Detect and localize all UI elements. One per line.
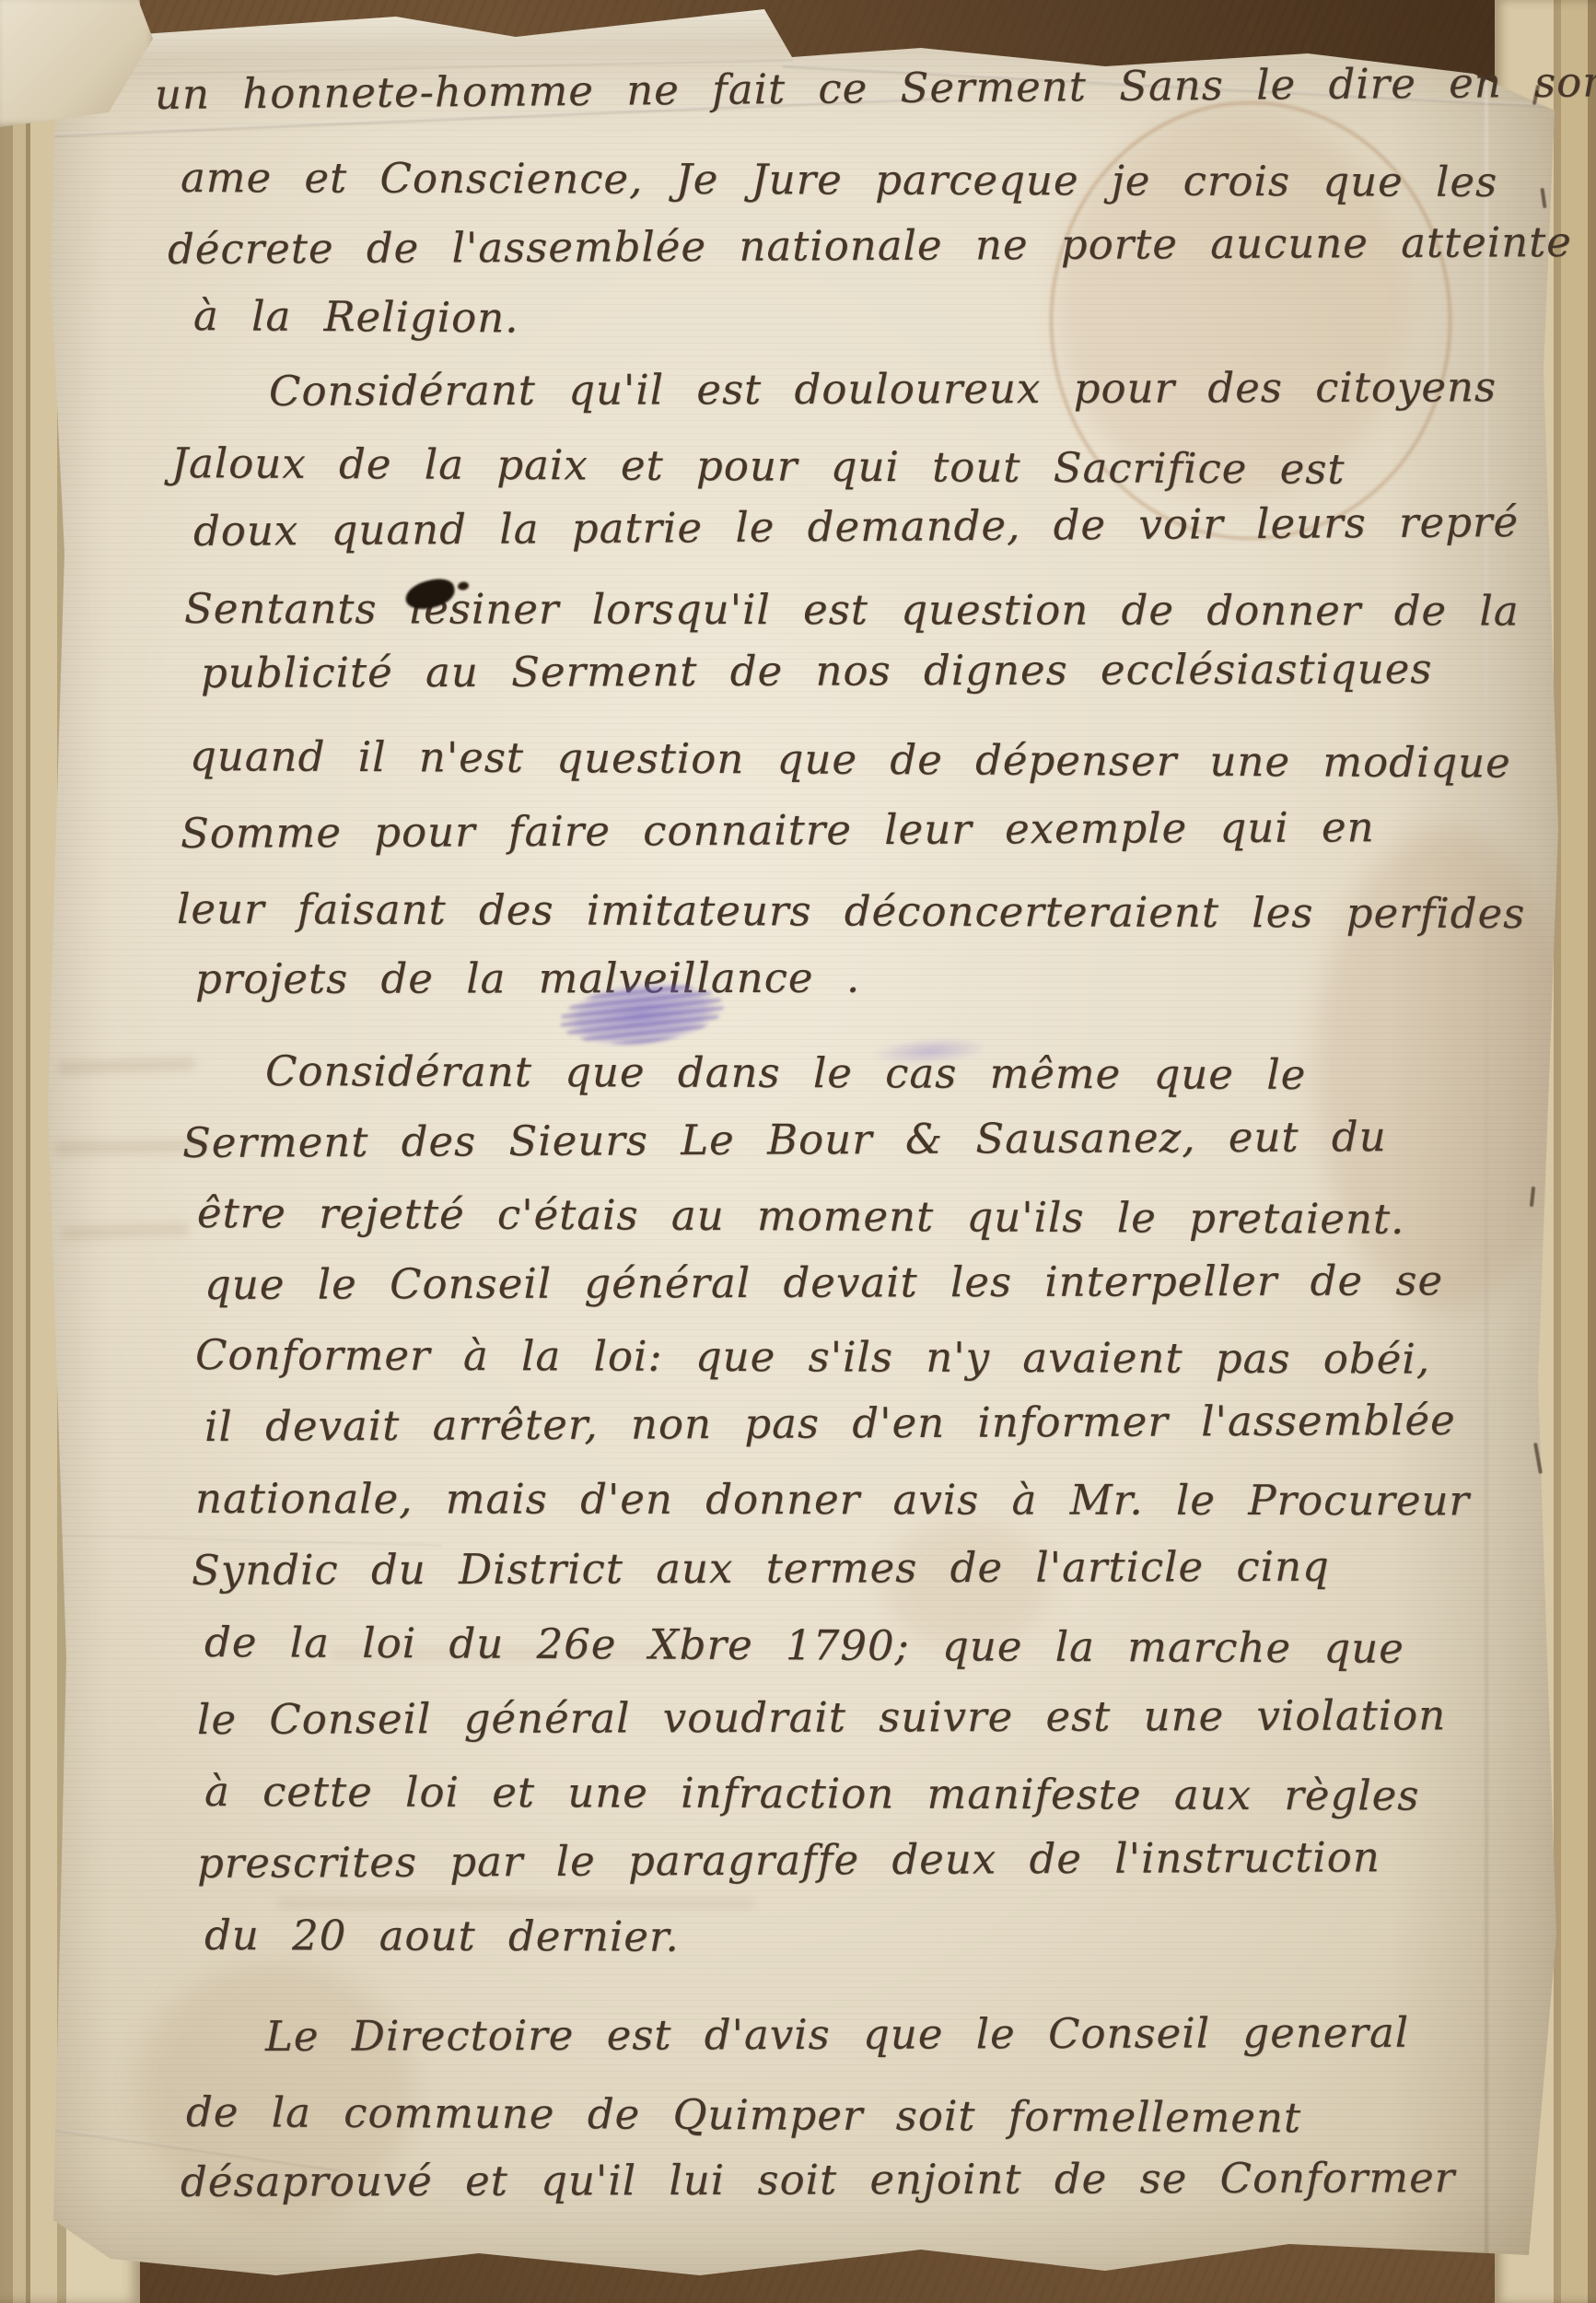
manuscript-line: à la Religion. (193, 293, 519, 341)
manuscript-line: de la loi du 26e Xbre 1790; que la march… (204, 1619, 1404, 1671)
manuscript-line: que le Conseil général devait les interp… (204, 1257, 1443, 1307)
manuscript-line: Sentants lésiner lorsqu'il est question … (184, 586, 1520, 634)
manuscript-line: Considérant que dans le cas même que le (265, 1048, 1306, 1097)
manuscript-line: Serment des Sieurs Le Bour & Sausanez, e… (182, 1114, 1387, 1165)
manuscript-line: à cette loi et une infraction manifeste … (204, 1769, 1420, 1818)
photo-of-manuscript: un honnete-homme ne fait ce Serment Sans… (0, 0, 1596, 2303)
manuscript-line: désaprouvé et qu'il lui soit enjoint de … (181, 2155, 1455, 2204)
manuscript-line: du 20 aout dernier. (204, 1912, 680, 1959)
manuscript-line: Conformer à la loi: que s'ils n'y avaien… (195, 1332, 1430, 1382)
manuscript-line: nationale, mais d'en donner avis à Mr. l… (195, 1476, 1470, 1524)
manuscript-line: quand il n'est question que de dépenser … (190, 733, 1511, 786)
manuscript-line: Le Directoire est d'avis que le Conseil … (265, 2010, 1409, 2060)
manuscript-line: Somme pour faire connaitre leur exemple … (181, 804, 1375, 856)
manuscript-line: Considérant qu'il est douloureux pour de… (269, 364, 1497, 414)
manuscript-line: publicité au Serment de nos dignes ecclé… (201, 646, 1433, 696)
manuscript-line: Syndic du District aux termes de l'artic… (192, 1544, 1330, 1594)
manuscript-line: ame et Conscience, Je Jure parceque je c… (181, 155, 1497, 205)
manuscript-line: il devait arrêter, non pas d'en informer… (204, 1397, 1456, 1450)
manuscript-line: prescrites par le paragraffe deux de l'i… (197, 1834, 1380, 1886)
manuscript-line: leur faisant des imitateurs déconcertera… (177, 886, 1525, 937)
manuscript-line: un honnete-homme ne fait ce Serment Sans… (155, 59, 1596, 117)
manuscript-line: Jaloux de la paix et pour qui tout Sacri… (171, 440, 1346, 492)
handwritten-text: un honnete-homme ne fait ce Serment Sans… (0, 0, 1596, 2303)
manuscript-line: être rejetté c'étais au moment qu'ils le… (197, 1190, 1405, 1242)
manuscript-line: le Conseil général voudrait suivre est u… (197, 1692, 1446, 1742)
manuscript-line: décrete de l'assemblée nationale ne port… (168, 219, 1572, 272)
manuscript-line: projets de la malveillance . (195, 955, 860, 1002)
manuscript-line: doux quand la patrie le demande, de voir… (193, 499, 1519, 555)
manuscript-line: de la commune de Quimper soit formelleme… (186, 2089, 1301, 2141)
